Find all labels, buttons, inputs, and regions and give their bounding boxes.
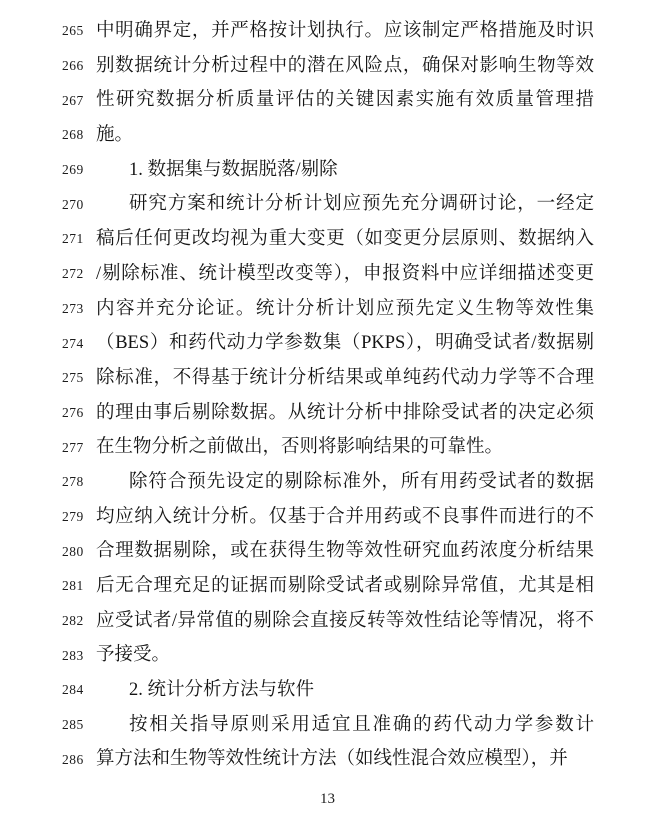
line-text: 性研究数据分析质量评估的关键因素实施有效质量管理措 (96, 83, 594, 118)
text-line: 276的理由事后剔除数据。从统计分析中排除受试者的决定必须 (0, 396, 655, 431)
line-text: 按相关指导原则采用适宜且准确的药代动力学参数计 (96, 708, 594, 743)
text-line: 270研究方案和统计分析计划应预先充分调研讨论，一经定 (0, 187, 655, 222)
text-line: 282应受试者/异常值的剔除会直接反转等效性结论等情况，将不 (0, 604, 655, 639)
line-number: 270 (62, 187, 84, 222)
line-number: 276 (62, 396, 84, 431)
line-number: 269 (62, 153, 84, 188)
text-line: 2691. 数据集与数据脱落/剔除 (0, 153, 655, 188)
line-text: 中明确界定，并严格按计划执行。应该制定严格措施及时识 (96, 14, 594, 49)
line-number: 265 (62, 14, 84, 49)
line-number: 283 (62, 638, 84, 673)
page-number: 13 (0, 791, 655, 808)
line-text: 稿后任何更改均视为重大变更（如变更分层原则、数据纳入 (96, 222, 594, 257)
text-line: 275除标准，不得基于统计分析结果或单纯药代动力学等不合理 (0, 361, 655, 396)
line-number: 279 (62, 500, 84, 535)
text-line: 271稿后任何更改均视为重大变更（如变更分层原则、数据纳入 (0, 222, 655, 257)
line-text: （BES）和药代动力学参数集（PKPS），明确受试者/数据剔 (96, 326, 594, 361)
text-line: 265中明确界定，并严格按计划执行。应该制定严格措施及时识 (0, 14, 655, 49)
line-number: 266 (62, 49, 84, 84)
text-line: 267性研究数据分析质量评估的关键因素实施有效质量管理措 (0, 83, 655, 118)
line-text: 予接受。 (96, 638, 594, 673)
line-number: 282 (62, 604, 84, 639)
line-text: 在生物分析之前做出，否则将影响结果的可靠性。 (96, 430, 594, 465)
text-line: 279均应纳入统计分析。仅基于合并用药或不良事件而进行的不 (0, 500, 655, 535)
line-number: 286 (62, 742, 84, 777)
line-number: 267 (62, 83, 84, 118)
line-number: 274 (62, 326, 84, 361)
line-text: 除符合预先设定的剔除标准外，所有用药受试者的数据 (96, 465, 594, 500)
line-text: 后无合理充足的证据而剔除受试者或剔除异常值，尤其是相 (96, 569, 594, 604)
line-number: 278 (62, 465, 84, 500)
line-number: 280 (62, 534, 84, 569)
line-number: 271 (62, 222, 84, 257)
line-text: 1. 数据集与数据脱落/剔除 (96, 153, 594, 188)
line-text: 均应纳入统计分析。仅基于合并用药或不良事件而进行的不 (96, 500, 594, 535)
text-line: 274（BES）和药代动力学参数集（PKPS），明确受试者/数据剔 (0, 326, 655, 361)
line-number: 275 (62, 361, 84, 396)
line-text: 除标准，不得基于统计分析结果或单纯药代动力学等不合理 (96, 361, 594, 396)
line-number: 284 (62, 673, 84, 708)
line-text: 研究方案和统计分析计划应预先充分调研讨论，一经定 (96, 187, 594, 222)
text-line: 285按相关指导原则采用适宜且准确的药代动力学参数计 (0, 708, 655, 743)
line-number: 285 (62, 708, 84, 743)
text-line: 2842. 统计分析方法与软件 (0, 673, 655, 708)
line-number: 281 (62, 569, 84, 604)
line-text: 算方法和生物等效性统计方法（如线性混合效应模型），并 (96, 742, 594, 777)
line-text: 别数据统计分析过程中的潜在风险点，确保对影响生物等效 (96, 49, 594, 84)
text-line: 283予接受。 (0, 638, 655, 673)
text-line: 268施。 (0, 118, 655, 153)
document-lines: 265中明确界定，并严格按计划执行。应该制定严格措施及时识266别数据统计分析过… (0, 14, 655, 777)
line-text: 的理由事后剔除数据。从统计分析中排除受试者的决定必须 (96, 396, 594, 431)
text-line: 286算方法和生物等效性统计方法（如线性混合效应模型），并 (0, 742, 655, 777)
text-line: 272/剔除标准、统计模型改变等），申报资料中应详细描述变更 (0, 257, 655, 292)
line-text: 施。 (96, 118, 594, 153)
line-text: 应受试者/异常值的剔除会直接反转等效性结论等情况，将不 (96, 604, 594, 639)
text-line: 273内容并充分论证。统计分析计划应预先定义生物等效性集 (0, 292, 655, 327)
text-line: 281后无合理充足的证据而剔除受试者或剔除异常值，尤其是相 (0, 569, 655, 604)
text-line: 278除符合预先设定的剔除标准外，所有用药受试者的数据 (0, 465, 655, 500)
line-number: 277 (62, 430, 84, 465)
line-text: 内容并充分论证。统计分析计划应预先定义生物等效性集 (96, 292, 594, 327)
text-line: 280合理数据剔除，或在获得生物等效性研究血药浓度分析结果 (0, 534, 655, 569)
text-line: 266别数据统计分析过程中的潜在风险点，确保对影响生物等效 (0, 49, 655, 84)
line-text: /剔除标准、统计模型改变等），申报资料中应详细描述变更 (96, 257, 594, 292)
line-text: 合理数据剔除，或在获得生物等效性研究血药浓度分析结果 (96, 534, 594, 569)
line-text: 2. 统计分析方法与软件 (96, 673, 594, 708)
line-number: 272 (62, 257, 84, 292)
line-number: 268 (62, 118, 84, 153)
text-line: 277在生物分析之前做出，否则将影响结果的可靠性。 (0, 430, 655, 465)
document-page: 265中明确界定，并严格按计划执行。应该制定严格措施及时识266别数据统计分析过… (0, 0, 655, 839)
line-number: 273 (62, 292, 84, 327)
